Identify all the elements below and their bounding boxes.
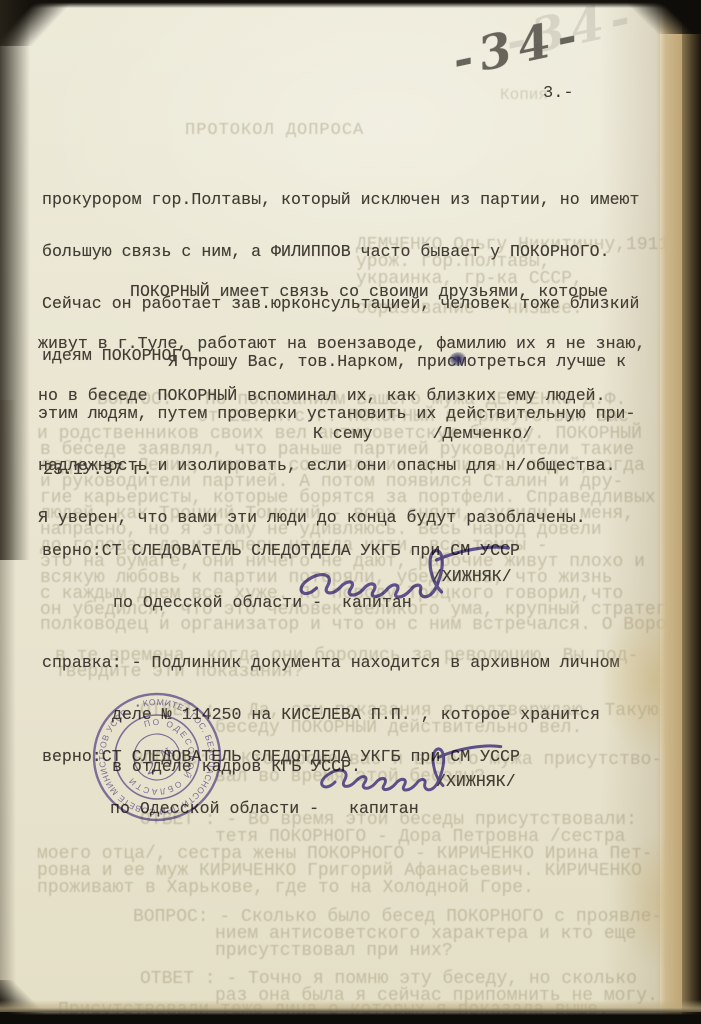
- document-scan-page: ПРОТОКОЛ ДОПРОСА ДЕМЧЕНКО Ольгу Никитичн…: [0, 0, 701, 1024]
- copy-label-ghost: Копия: [500, 86, 548, 104]
- paragraph-3-line: Я прошу Вас, тов.Нарком, присмотреться л…: [168, 353, 635, 370]
- page-edge-shadow: [600, 0, 660, 1024]
- k-semu-label: К сему: [313, 424, 373, 443]
- attestation-line: К сему/Демченко/: [273, 408, 532, 460]
- paragraph-2-line: ПОКОРНЫЙ имеет связь со своими друзьями,…: [130, 283, 645, 300]
- page-edge-shadow: [0, 1008, 701, 1024]
- page-number: 3.-: [543, 84, 574, 103]
- stamp-outer-text: • КОМИТЕТ ГОС. БЕЗОПАСНОСТИ ПРИ СОВЕТЕ М…: [82, 682, 232, 832]
- page-edge-shadow: [682, 0, 701, 1024]
- kgb-round-stamp: • КОМИТЕТ ГОС. БЕЗОПАСНОСТИ ПРИ СОВЕТЕ М…: [82, 682, 232, 832]
- demchenko-typed-signature: /Демченко/: [433, 424, 533, 443]
- hizhnyak-typed-name-2: /ХИЖНЯК/: [436, 773, 516, 790]
- ghost-title: ПРОТОКОЛ ДОПРОСА: [185, 121, 364, 140]
- document-date: 23.1У.37 г.: [43, 461, 153, 478]
- ghost-text-line: присутствовал при них?: [215, 942, 453, 960]
- hizhnyak-typed-name-1: /ХИЖНЯК/: [432, 568, 512, 585]
- paragraph-1-line: прокурором гор.Полтавы, который исключен…: [42, 191, 639, 208]
- underlying-pages-edge: [656, 0, 684, 1024]
- svg-text:• КОМИТЕТ ГОС. БЕЗОПАСНОСТИ ПР: • КОМИТЕТ ГОС. БЕЗОПАСНОСТИ ПРИ СОВЕТЕ М…: [82, 682, 232, 832]
- spravka-line: справка: - Подлинник документа находится…: [42, 654, 620, 671]
- page-edge-shadow: [0, 400, 16, 1024]
- ghost-text-line: проживают в Харькове, где то на Холодной…: [37, 879, 534, 897]
- folio-number-handwritten: -34-: [448, 7, 589, 88]
- page-corner-shadow: [600, 0, 701, 34]
- stamp-number-sign: №: [158, 744, 177, 764]
